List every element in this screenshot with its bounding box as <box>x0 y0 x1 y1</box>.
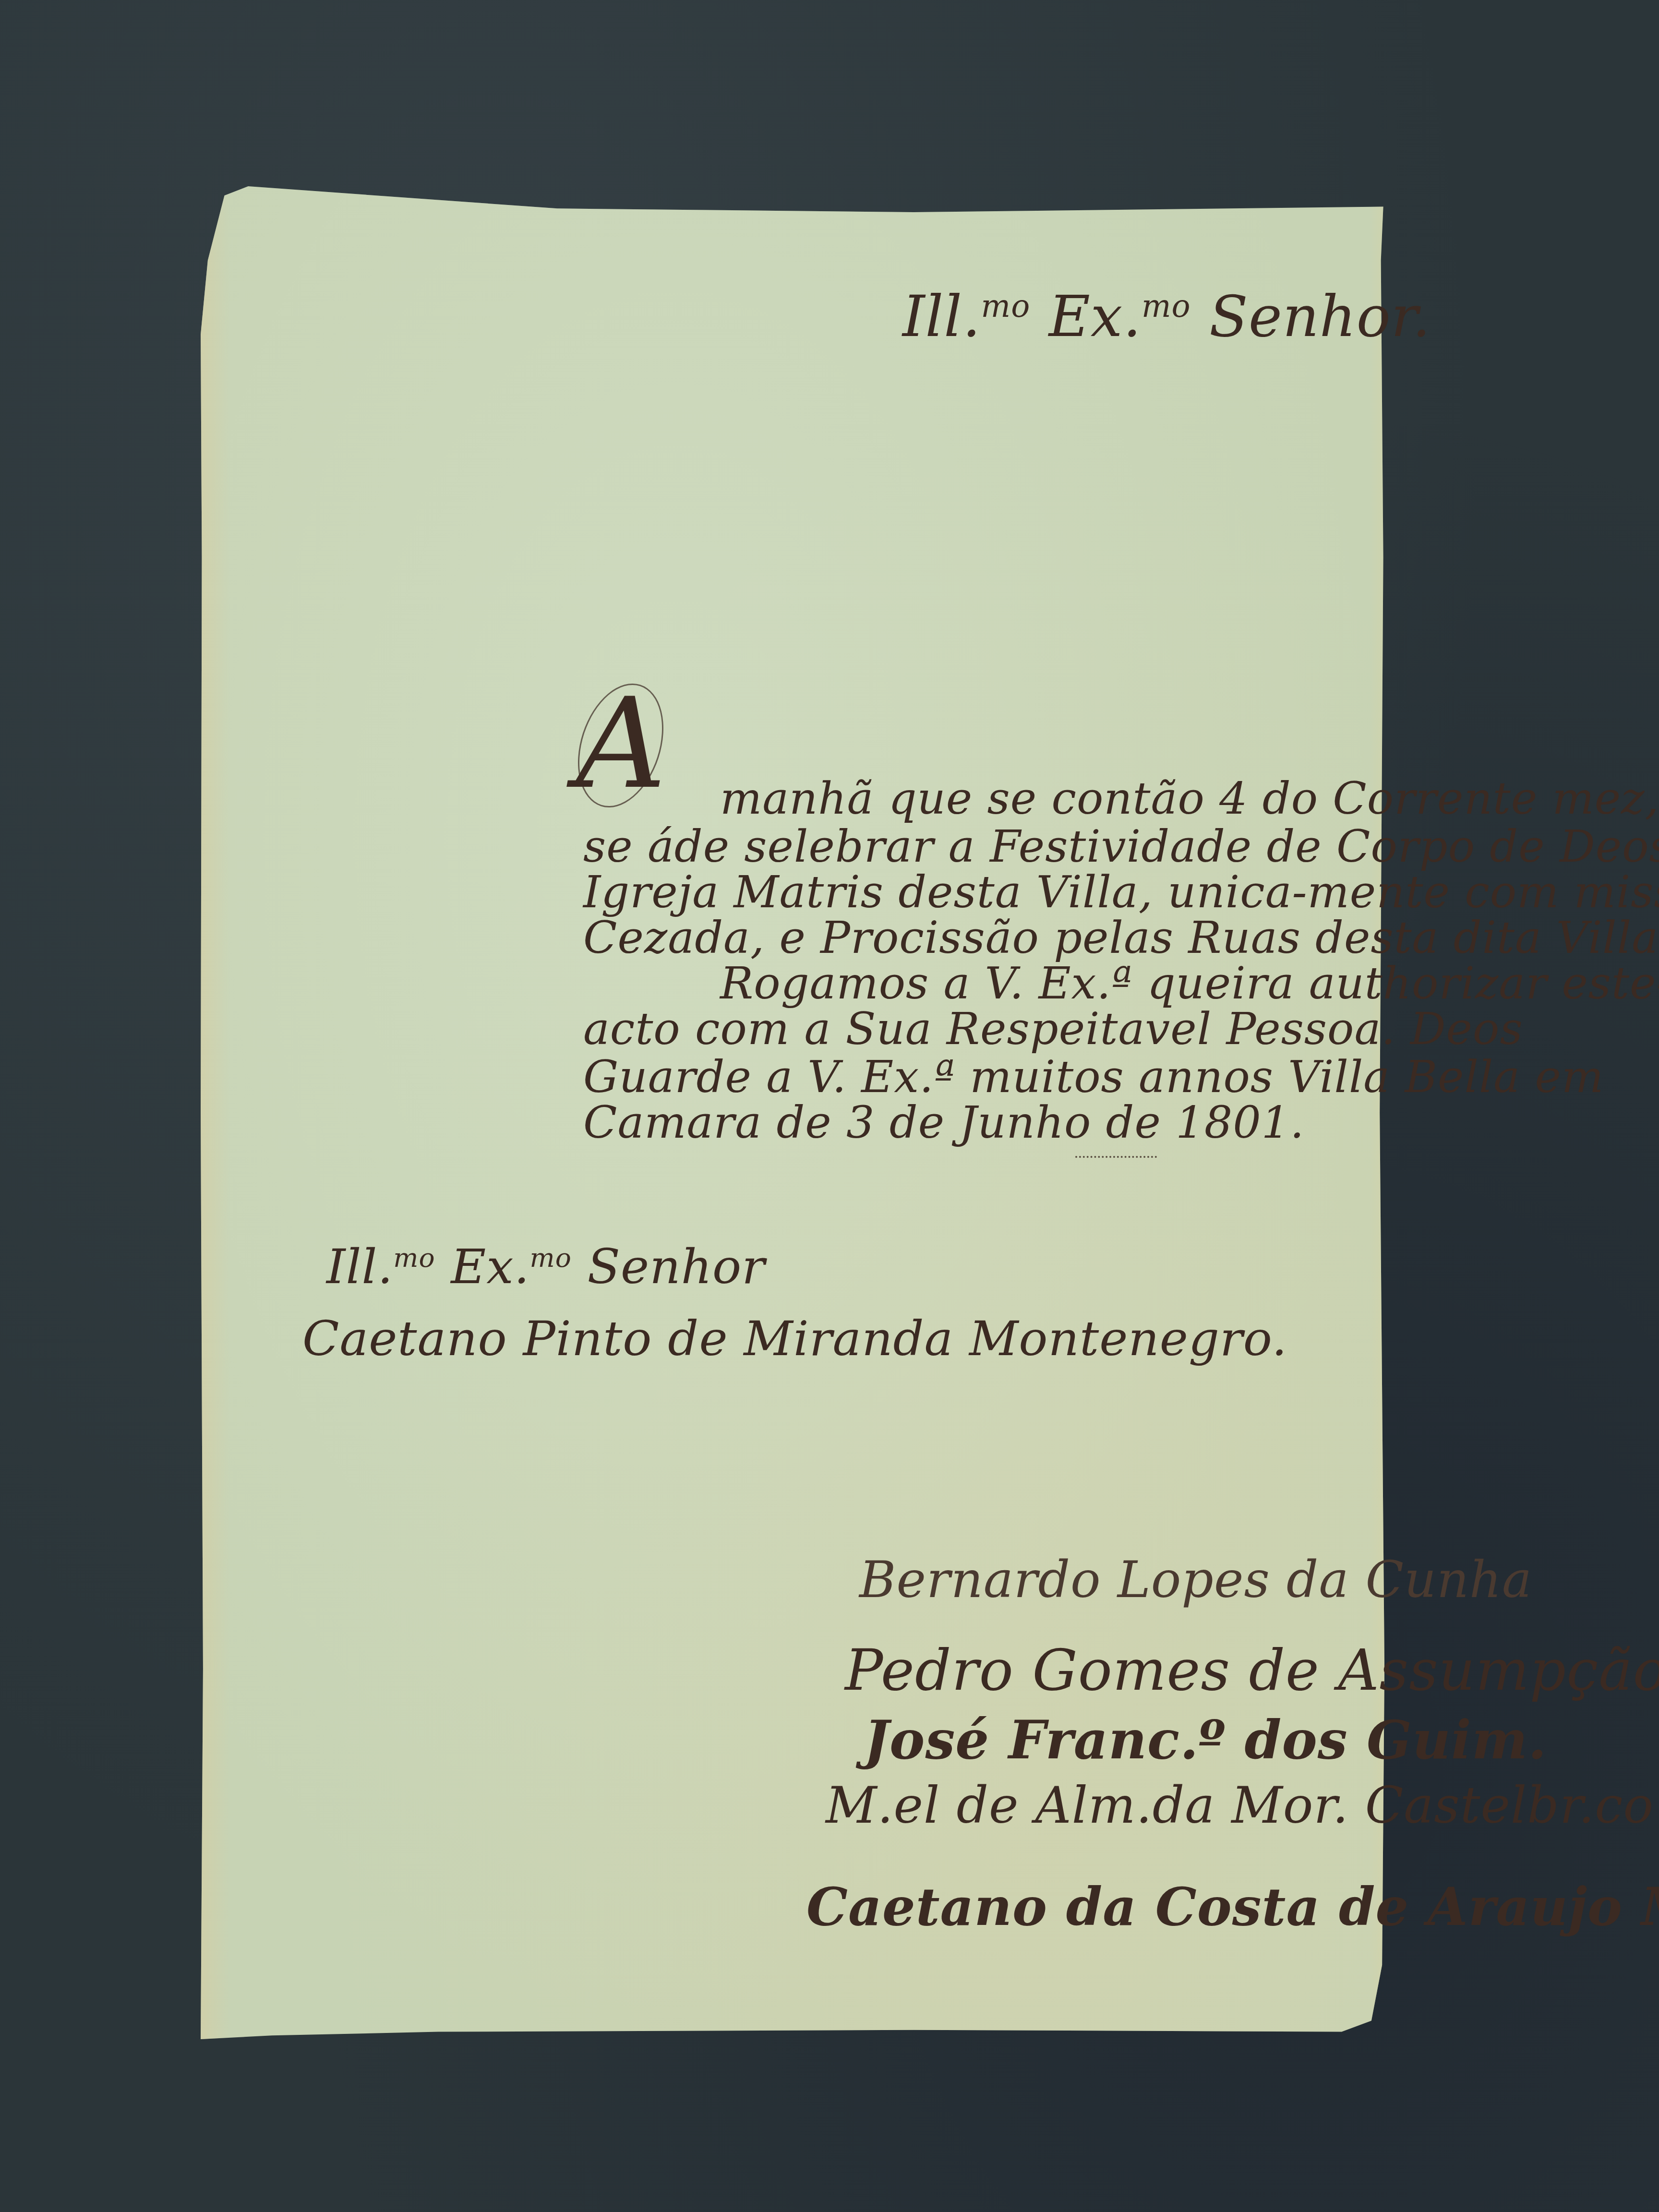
addressee-abbrev-illustrissimo: Ill. <box>326 1238 393 1295</box>
salutation-header: Ill.mo Ex.mo Senhor. <box>902 283 1431 349</box>
addressee-sup-2: mo <box>530 1242 572 1273</box>
date-underline-flourish <box>1075 1147 1157 1158</box>
salutation-abbrev-excellentissimo: Ex. <box>1049 283 1142 349</box>
signature-5: Caetano da Costa de Araujo Mello <box>806 1877 1659 1937</box>
body-line-3: Igreja Matris desta Villa, unica-mente c… <box>583 866 1659 918</box>
addressee-name: Caetano Pinto de Miranda Montenegro. <box>302 1310 1287 1367</box>
addressee-abbrev-excellentissimo: Ex. <box>451 1238 529 1295</box>
body-line-8-date: Camara de 3 de Junho de 1801. <box>583 1097 1305 1148</box>
addressee-salutation: Ill.mo Ex.mo Senhor <box>326 1238 765 1295</box>
body-line-6: acto com a Sua Respeitavel Pessoa. Deos <box>583 1003 1523 1055</box>
body-line-2: se áde selebrar a Festividade de Corpo d… <box>583 821 1659 872</box>
signature-1: Bernardo Lopes da Cunha <box>859 1551 1532 1609</box>
body-line-7: Guarde a V. Ex.ª muitos annos Villa Bell… <box>583 1051 1604 1103</box>
body-line-5: Rogamos a V. Ex.ª queira authorizar este… <box>720 958 1659 1009</box>
salutation-sup-1: mo <box>981 289 1031 325</box>
addressee-senhor: Senhor <box>588 1238 766 1295</box>
salutation-senhor: Senhor. <box>1209 283 1431 349</box>
body-line-4: Cezada, e Procissão pelas Ruas desta dit… <box>583 912 1659 963</box>
signature-4: M.el de Alm.da Mor. Castelbr.co <box>826 1776 1654 1835</box>
signature-3: José Franc.º dos Guim. <box>864 1709 1547 1771</box>
salutation-sup-2: mo <box>1142 289 1191 325</box>
salutation-abbrev-illustrissimo: Ill. <box>902 283 981 349</box>
signature-2: Pedro Gomes de Assumpção <box>845 1637 1659 1703</box>
addressee-sup-1: mo <box>393 1242 435 1273</box>
body-line-1: manhã que se contão 4 do Corrente mez, <box>720 773 1659 824</box>
body-dropcap: A <box>576 682 666 806</box>
